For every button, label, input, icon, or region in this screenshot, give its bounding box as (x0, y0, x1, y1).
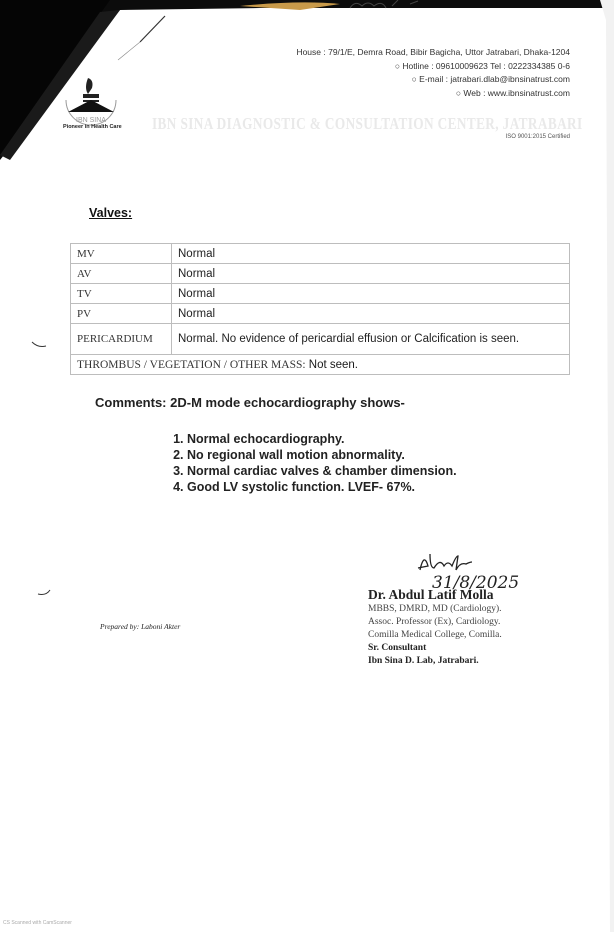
hotline-text: ○ Hotline : 09610009623 Tel : 0222334385… (395, 61, 570, 71)
comments-list: Normal echocardiography. No regional wal… (169, 431, 527, 495)
valve-label: MV (71, 244, 172, 264)
valve-value: Normal. No evidence of pericardial effus… (172, 324, 570, 355)
table-row: PV Normal (71, 304, 570, 324)
valve-value: Normal (172, 244, 570, 264)
valve-value: Normal (172, 264, 570, 284)
table-row: PERICARDIUM Normal. No evidence of peric… (71, 324, 570, 355)
report-page: IBN SINA Pioneer in Health Care House : … (0, 0, 614, 932)
valves-heading: Valves: (89, 206, 132, 220)
prepared-by: Prepared by: Laboni Akter (100, 622, 180, 631)
table-row: THROMBUS / VEGETATION / OTHER MASS: Not … (71, 355, 570, 375)
list-item: Good LV systolic function. LVEF- 67%. (187, 479, 527, 495)
ibn-sina-logo-icon: IBN SINA (58, 70, 124, 132)
scanner-watermark: CS Scanned with CamScanner (3, 920, 72, 926)
thrombus-label: THROMBUS / VEGETATION / OTHER MASS: (77, 359, 306, 371)
list-item: Normal echocardiography. (187, 431, 527, 447)
valve-value: Normal (172, 284, 570, 304)
valve-value: Normal (172, 304, 570, 324)
comments-heading: Comments: 2D-M mode echocardiography sho… (95, 395, 405, 410)
organization-title: IBN SINA DIAGNOSTIC & CONSULTATION CENTE… (152, 114, 583, 134)
valve-label: TV (71, 284, 172, 304)
doctor-signature-block: Dr. Abdul Latif Molla MBBS, DMRD, MD (Ca… (368, 587, 502, 668)
doctor-institution: Comilla Medical College, Comilla. (368, 629, 502, 642)
list-item: Normal cardiac valves & chamber dimensio… (187, 463, 527, 479)
stray-mark (36, 588, 56, 598)
stray-mark (30, 340, 50, 350)
table-row: TV Normal (71, 284, 570, 304)
email-text: ○ E-mail : jatrabari.dlab@ibnsinatrust.c… (412, 74, 570, 84)
address-text: House : 79/1/E, Demra Road, Bibir Bagich… (296, 47, 570, 57)
doctor-position: Assoc. Professor (Ex), Cardiology. (368, 616, 502, 629)
thrombus-value: Not seen. (309, 359, 358, 371)
doctor-degrees: MBBS, DMRD, MD (Cardiology). (368, 603, 502, 616)
doctor-name: Dr. Abdul Latif Molla (368, 587, 502, 603)
web-text: ○ Web : www.ibnsinatrust.com (456, 88, 570, 98)
comments-section: Comments: 2D-M mode echocardiography sho… (95, 395, 405, 410)
svg-text:IBN SINA: IBN SINA (76, 117, 106, 124)
table-row: MV Normal (71, 244, 570, 264)
iso-certification: ISO 9001:2015 Certified (506, 134, 570, 140)
doctor-lab: Ibn Sina D. Lab, Jatrabari. (368, 655, 502, 668)
list-item: No regional wall motion abnormality. (187, 447, 527, 463)
valve-label: PV (71, 304, 172, 324)
valve-label: PERICARDIUM (71, 324, 172, 355)
valves-table: MV Normal AV Normal TV Normal PV Normal … (70, 243, 570, 375)
tagline: Pioneer in Health Care (63, 124, 122, 130)
table-row: AV Normal (71, 264, 570, 284)
thrombus-row: THROMBUS / VEGETATION / OTHER MASS: Not … (71, 355, 570, 375)
valve-label: AV (71, 264, 172, 284)
doctor-role: Sr. Consultant (368, 642, 502, 655)
